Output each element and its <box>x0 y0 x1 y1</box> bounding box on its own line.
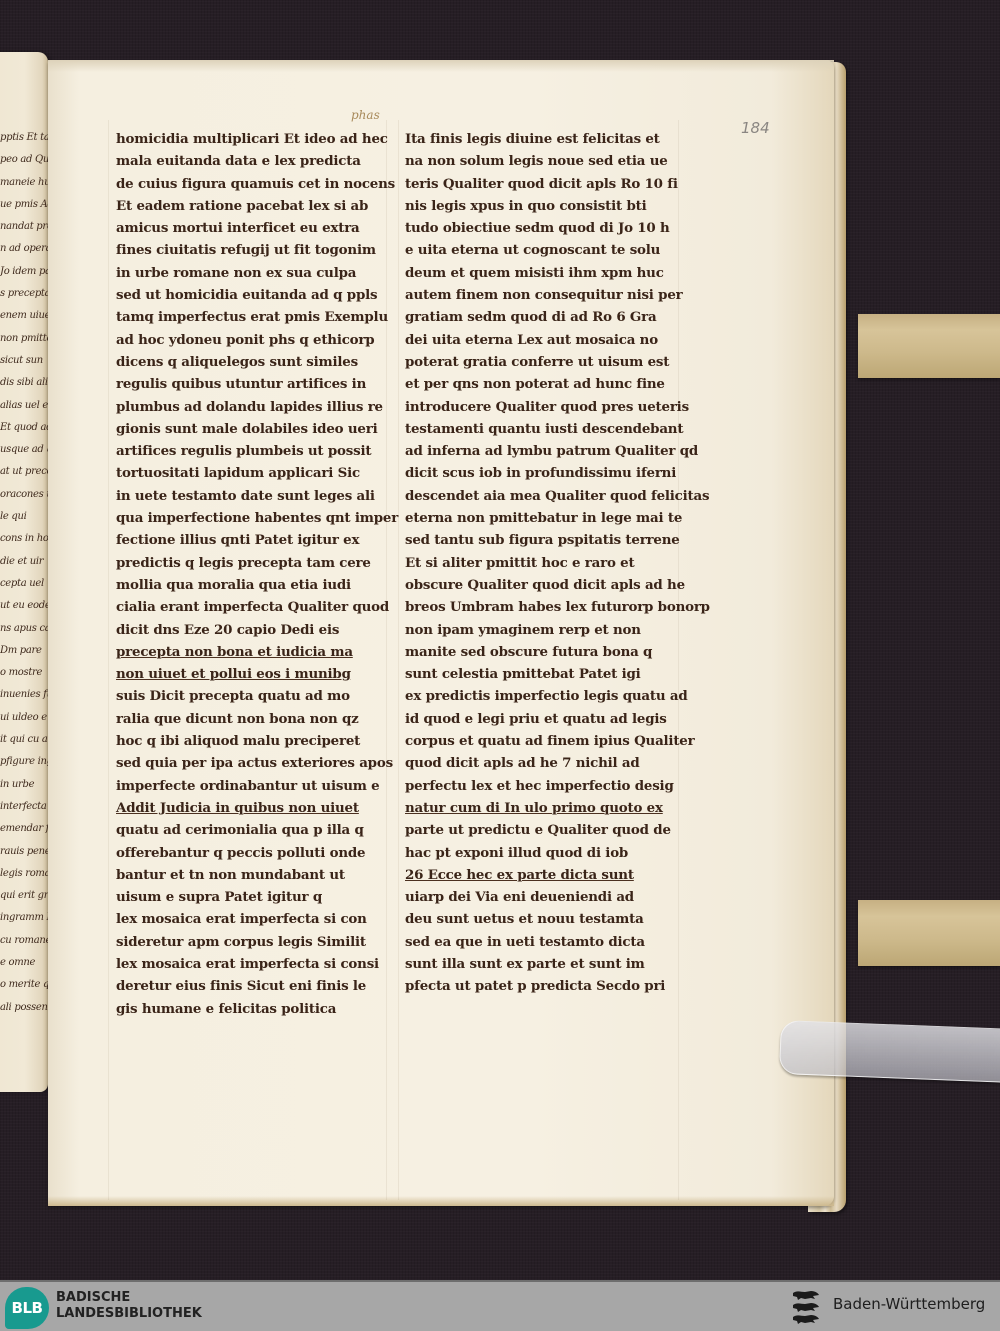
manuscript-line: enem uiuenti <box>0 305 48 327</box>
manuscript-line: in urbe romane non ex sua culpa <box>116 262 384 284</box>
recto-page: phas 184 homicidia multiplicari Et ideo … <box>48 60 834 1206</box>
manuscript-line: cepta uel <box>0 573 48 595</box>
manuscript-line: tamq imperfectus erat pmis Exemplu <box>116 306 384 328</box>
manuscript-line: offerebantur q peccis polluti onde <box>116 842 384 864</box>
manuscript-line: na non solum legis noue sed etia ue <box>405 150 673 172</box>
manuscript-line: quatu ad cerimonialia qua p illa q <box>116 819 384 841</box>
manuscript-line: s precepta si <box>0 283 48 305</box>
verso-text-fragments: pptis Et tamenpeo ad Quartomaneie huc et… <box>0 127 48 1019</box>
manuscript-line: hac pt exponi illud quod di iob <box>405 842 673 864</box>
acrylic-page-holder <box>779 1020 1000 1083</box>
manuscript-line: dis sibi aliquid <box>0 372 48 394</box>
manuscript-line: Ita finis legis diuine est felicitas et <box>405 128 673 150</box>
manuscript-line: non ipam ymaginem rerp et non <box>405 619 673 641</box>
ruling-line <box>108 120 109 1200</box>
manuscript-line: corpus et quatu ad finem ipius Qualiter <box>405 730 673 752</box>
manuscript-line: imperfecte ordinabantur ut uisum e <box>116 775 384 797</box>
ruling-line <box>678 120 679 1200</box>
manuscript-line: non uiuet et pollui eos i munibg <box>116 663 384 685</box>
manuscript-line: qui erit gra <box>0 885 48 907</box>
manuscript-line: sunt illa sunt ex parte et sunt im <box>405 953 673 975</box>
manuscript-line: gratiam sedm quod di ad Ro 6 Gra <box>405 306 673 328</box>
blb-name-line1: BADISCHE <box>56 1290 202 1306</box>
manuscript-line: sed ea que in ueti testamto dicta <box>405 931 673 953</box>
manuscript-line: quod dicit apls ad he 7 nichil ad <box>405 752 673 774</box>
manuscript-line: sed quia per ipa actus exteriores apos <box>116 752 384 774</box>
manuscript-line: qua imperfectione habentes qnt imper <box>116 507 384 529</box>
manuscript-line: o mostre <box>0 662 48 684</box>
manuscript-line: amicus mortui interficet eu extra <box>116 217 384 239</box>
manuscript-line: lex mosaica erat imperfecta si consi <box>116 953 384 975</box>
manuscript-line: parte ut predictu e Qualiter quod de <box>405 819 673 841</box>
manuscript-line: pptis Et tamen <box>0 127 48 149</box>
manuscript-line: cons in homin <box>0 528 48 550</box>
manuscript-line: ns apus caus <box>0 618 48 640</box>
manuscript-line: sed ut homicidia euitanda ad q ppls <box>116 284 384 306</box>
blb-library-name[interactable]: BADISCHE LANDESBIBLIOTHEK <box>56 1290 202 1322</box>
manuscript-line: uisum e supra Patet igitur q <box>116 886 384 908</box>
manuscript-line: e uita eterna ut cognoscant te solu <box>405 239 673 261</box>
manuscript-line: autem finem non consequitur nisi per <box>405 284 673 306</box>
clasp-strap-lower <box>858 900 1000 966</box>
manuscript-line: teris Qualiter quod dicit apls Ro 10 fi <box>405 173 673 195</box>
manuscript-line: Jo idem patet <box>0 261 48 283</box>
manuscript-line: artifices regulis plumbeis ut possit <box>116 440 384 462</box>
manuscript-line: fectione illius qnti Patet igitur ex <box>116 529 384 551</box>
manuscript-line: lex mosaica erat imperfecta si con <box>116 908 384 930</box>
blb-logo-badge[interactable]: BLB <box>5 1287 49 1329</box>
manuscript-line: precepta non bona et iudicia ma <box>116 641 384 663</box>
ruling-line <box>398 120 399 1200</box>
manuscript-line: le qui <box>0 506 48 528</box>
blb-name-line2: LANDESBIBLIOTHEK <box>56 1306 202 1322</box>
manuscript-line: deretur eius finis Sicut eni finis le <box>116 975 384 997</box>
verso-page-edge: pptis Et tamenpeo ad Quartomaneie huc et… <box>0 52 48 1092</box>
manuscript-line: homicidia multiplicari Et ideo ad hec <box>116 128 384 150</box>
manuscript-line: rauis pene <box>0 841 48 863</box>
manuscript-line: sed tantu sub figura pspitatis terrene <box>405 529 673 551</box>
three-lions-coat-of-arms-icon <box>791 1289 821 1325</box>
manuscript-line: mollia qua moralia qua etia iudi <box>116 574 384 596</box>
manuscript-line: Et si aliter pmittit hoc e raro et <box>405 552 673 574</box>
manuscript-line: sicut sun <box>0 350 48 372</box>
manuscript-line: cialia erant imperfecta Qualiter quod <box>116 596 384 618</box>
manuscript-line: Addit Judicia in quibus non uiuet <box>116 797 384 819</box>
manuscript-line: tudo obiectiue sedm quod di Jo 10 h <box>405 217 673 239</box>
manuscript-line: ex predictis imperfectio legis quatu ad <box>405 685 673 707</box>
manuscript-line: usque ad que <box>0 439 48 461</box>
manuscript-line: in urbe <box>0 774 48 796</box>
page-top-edge-shading <box>48 60 834 72</box>
manuscript-line: dicit dns Eze 20 capio Dedi eis <box>116 619 384 641</box>
manuscript-line: introducere Qualiter quod pres ueteris <box>405 396 673 418</box>
manuscript-line: natur cum di In ulo primo quoto ex <box>405 797 673 819</box>
manuscript-line: fines ciuitatis refugij ut fit togonim <box>116 239 384 261</box>
manuscript-line: descendet aia mea Qualiter quod felicita… <box>405 485 673 507</box>
manuscript-line: ue pmis Addi <box>0 194 48 216</box>
manuscript-line: at ut precep <box>0 461 48 483</box>
manuscript-line: peo ad Quarto <box>0 149 48 171</box>
manuscript-line: perfectu lex et hec imperfectio desig <box>405 775 673 797</box>
ruling-line <box>386 120 387 1200</box>
footer-bar: BLB BADISCHE LANDESBIBLIOTHEK Baden-Würt… <box>0 1280 1000 1331</box>
manuscript-line: ad inferna ad lymbu patrum Qualiter qd <box>405 440 673 462</box>
manuscript-line: nandat precepta <box>0 216 48 238</box>
manuscript-line: Et eadem ratione pacebat lex si ab <box>116 195 384 217</box>
manuscript-line: ut eu eodem <box>0 595 48 617</box>
manuscript-line: regulis quibus utuntur artifices in <box>116 373 384 395</box>
manuscript-line: sunt celestia pmittebat Patet igi <box>405 663 673 685</box>
manuscript-line: ui uldeo e pap <box>0 707 48 729</box>
text-column-right: Ita finis legis diuine est felicitas etn… <box>405 128 673 998</box>
manuscript-line: bantur et tn non mundabant ut <box>116 864 384 886</box>
manuscript-line: et per qns non poterat ad hunc fine <box>405 373 673 395</box>
manuscript-line: oracones uel hoc <box>0 484 48 506</box>
manuscript-line: mala euitanda data e lex predicta <box>116 150 384 172</box>
manuscript-line: suis Dicit precepta quatu ad mo <box>116 685 384 707</box>
manuscript-line: alias uel et <box>0 395 48 417</box>
manuscript-line: e omne <box>0 952 48 974</box>
manuscript-line: poterat gratia conferre ut uisum est <box>405 351 673 373</box>
manuscript-line: 26 Ecce hec ex parte dicta sunt <box>405 864 673 886</box>
manuscript-line: pfigure ings <box>0 751 48 773</box>
manuscript-line: obscure Qualiter quod dicit apls ad he <box>405 574 673 596</box>
manuscript-line: Et quod ad <box>0 417 48 439</box>
manuscript-line: dei uita eterna Lex aut mosaica no <box>405 329 673 351</box>
manuscript-line: eterna non pmittebatur in lege mai te <box>405 507 673 529</box>
manuscript-line: ingramm Et <box>0 907 48 929</box>
manuscript-line: deu sunt uetus et nouu testamta <box>405 908 673 930</box>
manuscript-line: inuenies fui <box>0 684 48 706</box>
manuscript-line: de cuius figura quamuis cet in nocens <box>116 173 384 195</box>
manuscript-line: n ad opera <box>0 238 48 260</box>
manuscript-line: interfecta <box>0 796 48 818</box>
clasp-strap-upper <box>858 314 1000 378</box>
manuscript-line: deum et quem misisti ihm xpm huc <box>405 262 673 284</box>
manuscript-line: Dm pare <box>0 640 48 662</box>
manuscript-line: testamenti quantu iusti descendebant <box>405 418 673 440</box>
folio-number: 184 <box>741 119 770 137</box>
manuscript-line: tortuositati lapidum applicari Sic <box>116 462 384 484</box>
manuscript-line: legis romane <box>0 863 48 885</box>
manuscript-line: gis humane e felicitas politica <box>116 998 384 1020</box>
manuscript-line: non pmittere <box>0 328 48 350</box>
manuscript-line: predictis q legis precepta tam cere <box>116 552 384 574</box>
manuscript-line: dicit scus iob in profundissimu iferni <box>405 462 673 484</box>
manuscript-line: hoc q ibi aliquod malu preciperet <box>116 730 384 752</box>
manuscript-line: uiarp dei Via eni deueniendi ad <box>405 886 673 908</box>
manuscript-line: die et uir <box>0 551 48 573</box>
manuscript-line: ali possent <box>0 997 48 1019</box>
baden-wuerttemberg-label[interactable]: Baden-Württemberg <box>833 1295 985 1313</box>
manuscript-scan: pptis Et tamenpeo ad Quartomaneie huc et… <box>0 0 1000 1280</box>
manuscript-line: o merite qui <box>0 974 48 996</box>
manuscript-line: plumbus ad dolandu lapides illius re <box>116 396 384 418</box>
manuscript-line: pfecta ut patet p predicta Secdo pri <box>405 975 673 997</box>
manuscript-line: nis legis xpus in quo consistit bti <box>405 195 673 217</box>
manuscript-line: ralia que dicunt non bona non qz <box>116 708 384 730</box>
manuscript-line: gionis sunt male dolabiles ideo ueri <box>116 418 384 440</box>
manuscript-line: manite sed obscure futura bona q <box>405 641 673 663</box>
manuscript-line: cu romane <box>0 930 48 952</box>
manuscript-line: it qui cu am <box>0 729 48 751</box>
manuscript-line: dicens q aliquelegos sunt similes <box>116 351 384 373</box>
text-column-left: homicidia multiplicari Et ideo ad hecmal… <box>116 128 384 1020</box>
manuscript-line: maneie huc et <box>0 172 48 194</box>
manuscript-line: ad hoc ydoneu ponit phs q ethicorp <box>116 329 384 351</box>
manuscript-line: in uete testamto date sunt leges ali <box>116 485 384 507</box>
page-bottom-edge-shading <box>48 1196 834 1206</box>
manuscript-line: breos Umbram habes lex futurorp bonorp <box>405 596 673 618</box>
manuscript-line: emendar fe <box>0 818 48 840</box>
manuscript-line: id quod e legi priu et quatu ad legis <box>405 708 673 730</box>
top-margin-note: phas <box>351 108 380 122</box>
manuscript-line: sideretur apm corpus legis Similit <box>116 931 384 953</box>
